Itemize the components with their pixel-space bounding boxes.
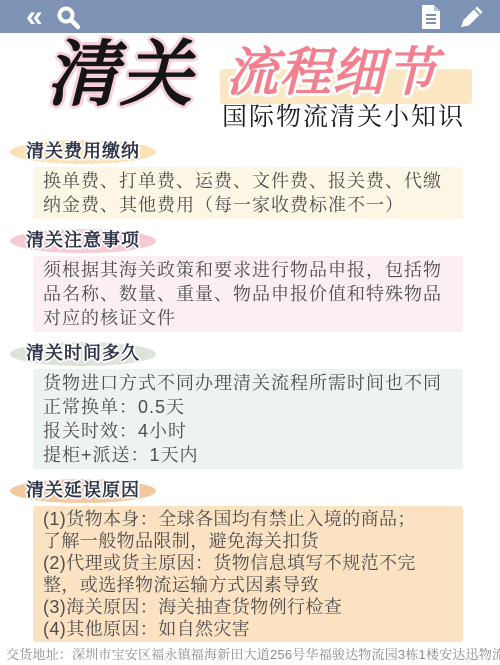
section-notes-badge: 清关注意事项 [10,229,156,253]
text-line: 报关时效：4小时 [43,419,457,443]
section-notes-body: 须根据其海关政策和要求进行物品申报，包括物 品名称、数量、重量、物品申报价值和特… [33,256,463,332]
page-title: 清关 [46,37,194,113]
section-time-badge: 清关时间多久 [10,342,156,366]
document-icon[interactable] [420,4,442,30]
delivery-address: 交货地址：深圳市宝安区福永镇福海新田大道256号华福骏达物流园3栋1楼安达迅物流 [0,647,500,663]
section-fees-body: 换单费、打单费、运费、文件费、报关费、代缴 纳金费、其他费用（每一家收费标准不一… [33,167,463,219]
text-line: 纳金费、其他费用（每一家收费标准不一） [43,193,457,217]
page-subtitle: 国际物流清关小知识 [222,102,465,132]
section-fees-badge: 清关费用缴纳 [10,140,156,164]
text-line: 品名称、数量、重量、物品申报价值和特殊物品 [43,282,457,306]
text-line: (4)其他原因：如自然灾害 [43,618,457,640]
infographic-page: « [0,0,500,665]
section-time-badge-row: 清关时间多久 [10,342,500,366]
search-icon[interactable] [55,4,81,30]
page-title-accent: 流程细节 [226,45,438,101]
section-notes-badge-row: 清关注意事项 [10,229,500,253]
text-line: 提柜+派送：1天内 [43,443,457,467]
text-line: 对应的核证文件 [43,306,457,330]
text-line: 换单费、打单费、运费、文件费、报关费、代缴 [43,169,457,193]
section-time-body: 货物进口方式不同办理清关流程所需时间也不同 正常换单：0.5天 报关时效：4小时… [33,369,463,469]
text-line: (2)代理或货主原因：货物信息填写不规范不完 [43,552,457,574]
section-delays-badge: 清关延误原因 [10,479,156,503]
toolbar: « [0,0,500,33]
text-line: (1)货物本身：全球各国均有禁止入境的商品； [43,508,457,530]
section-delays: 清关延误原因 (1)货物本身：全球各国均有禁止入境的商品； 了解一般物品限制，避… [0,479,500,642]
text-line: 须根据其海关政策和要求进行物品申报，包括物 [43,258,457,282]
text-line: 正常换单：0.5天 [43,395,457,419]
section-notes: 清关注意事项 须根据其海关政策和要求进行物品申报，包括物 品名称、数量、重量、物… [0,229,500,332]
section-delays-body: (1)货物本身：全球各国均有禁止入境的商品； 了解一般物品限制，避免海关扣货 (… [33,506,463,642]
title-block: 清关 流程细节 国际物流清关小知识 [0,33,500,137]
edit-pencil-icon[interactable] [458,4,486,30]
text-line: (3)海关原因：海关抽查货物例行检查 [43,596,457,618]
section-fees-badge-row: 清关费用缴纳 [10,140,500,164]
text-line: 货物进口方式不同办理清关流程所需时间也不同 [43,371,457,395]
section-fees: 清关费用缴纳 换单费、打单费、运费、文件费、报关费、代缴 纳金费、其他费用（每一… [0,140,500,219]
back-icon[interactable]: « [26,4,41,30]
section-time: 清关时间多久 货物进口方式不同办理清关流程所需时间也不同 正常换单：0.5天 报… [0,342,500,469]
toolbar-right-group [420,0,486,33]
section-delays-badge-row: 清关延误原因 [10,479,500,503]
text-line: 整，或选择物流运输方式因素导致 [43,574,457,596]
text-line: 了解一般物品限制，避免海关扣货 [43,530,457,552]
